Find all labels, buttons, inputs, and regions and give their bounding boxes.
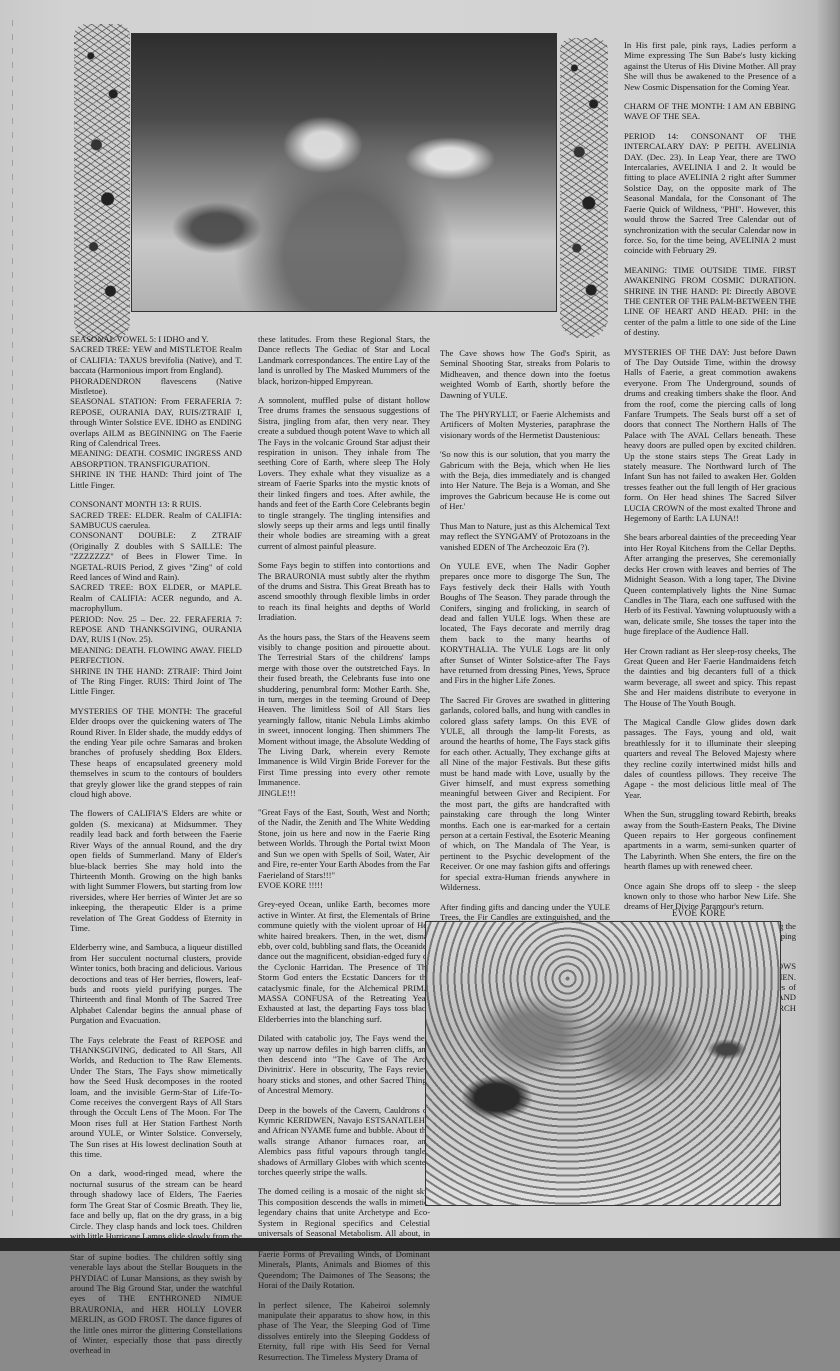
paragraph: A somnolent, muffled pulse of distant ho… [258, 395, 430, 551]
paragraph: Deep in the bowels of the Cavern, Cauldr… [258, 1105, 430, 1178]
paragraph: The Sacred Fir Groves are swathed in gli… [440, 695, 610, 893]
period-14: PERIOD 14: CONSONANT OF THE INTERCALARY … [624, 131, 796, 256]
meaning-flowing: MEANING: DEATH. FLOWING AWAY. FIELD PERF… [70, 645, 242, 666]
seasonal-vowel-line: SEASONAL VOWEL 5: I IDHO and Y. [70, 334, 242, 344]
paragraph: The Fays celebrate the Feast of REPOSE a… [70, 1035, 242, 1160]
sacred-tree-yew: SACRED TREE: YEW and MISTLETOE Realm of … [70, 344, 242, 375]
paragraph: Thus Man to Nature, just as this Alchemi… [440, 521, 610, 552]
paragraph: The The PHYRYLLT, or Faerie Alchemists a… [440, 409, 610, 440]
column-4: In His first pale, pink rays, Ladies per… [624, 40, 796, 1033]
bottom-photo [425, 921, 781, 1206]
sacred-tree-box-elder: SACRED TREE: BOX ELDER, or MAPLE. Realm … [70, 582, 242, 613]
meaning-death: MEANING: DEATH. COSMIC INGRESS AND ABSOR… [70, 448, 242, 469]
top-photo [131, 33, 557, 312]
shrine-in-hand-1: SHRINE IN THE HAND: Third joint of The L… [70, 469, 242, 490]
paragraph: these latitudes. From these Regional Sta… [258, 334, 430, 386]
paragraph: Dilated with catabolic joy, The Fays wen… [258, 1033, 430, 1095]
charm-of-month: CHARM OF THE MONTH: I AM AN EBBING WAVE … [624, 101, 796, 122]
alchemical-quote: 'So now this is our solution, that you m… [440, 449, 610, 511]
mysteries-of-month: MYSTERIES OF THE MONTH: The graceful Eld… [70, 706, 242, 800]
left-floral-border-ornament [74, 24, 130, 342]
seasonal-station: SEASONAL STATION: From FERAFERIA 7: REPO… [70, 396, 242, 448]
paragraph: In His first pale, pink rays, Ladies per… [624, 40, 796, 92]
paragraph: On YULE EVE, when The Nadir Gopher prepa… [440, 561, 610, 686]
paragraph: The flowers of CALIFIA'S Elders are whit… [70, 808, 242, 933]
magazine-page: SEASONAL VOWEL 5: I IDHO and Y. SACRED T… [0, 0, 838, 1240]
meaning-time-outside-time: MEANING: TIME OUTSIDE TIME. FIRST AWAKEN… [624, 265, 796, 338]
paragraph: When the Sun, struggling toward Rebirth,… [624, 809, 796, 871]
jingle-exclamation: JINGLE!!! [258, 788, 430, 798]
paragraph: Some Fays begin to stiffen into contorti… [258, 560, 430, 622]
phoradendron-line: PHORADENDRON flavescens (Native Mistleto… [70, 376, 242, 397]
paragraph: Elderberry wine, and Sambuca, a liqueur … [70, 942, 242, 1025]
paragraph: Grey-eyed Ocean, unlike Earth, becomes m… [258, 899, 430, 1024]
consonant-double: CONSONANT DOUBLE: Z ZTRAIF (Originally Z… [70, 530, 242, 582]
mysteries-of-day: MYSTERIES OF THE DAY: Just before Dawn o… [624, 347, 796, 524]
fold-line [12, 20, 13, 1220]
shrine-in-hand-2: SHRINE IN THE HAND: ZTRAIF: Third Joint … [70, 666, 242, 697]
paragraph: As the hours pass, the Stars of the Heav… [258, 632, 430, 788]
column-2: these latitudes. From these Regional Sta… [258, 334, 430, 1251]
sacred-tree-elder: SACRED TREE: ELDER. Realm of CALIFIA: SA… [70, 510, 242, 531]
paragraph: She bears arboreal dainties of the prece… [624, 532, 796, 636]
invocation-quote: "Great Fays of the East, South, West and… [258, 807, 430, 880]
page-bottom-edge [0, 1238, 840, 1251]
evoe-kore-exclamation: EVOE KORE !!!!! [258, 880, 430, 890]
signature-evoe-kore: EVOE KORE [672, 908, 725, 918]
right-floral-border-ornament [560, 38, 608, 338]
period-line: PERIOD: Nov. 25 – Dec. 22. FERAFERIA 7: … [70, 614, 242, 645]
column-1: SEASONAL VOWEL 5: I IDHO and Y. SACRED T… [70, 334, 242, 1251]
paragraph: The Magical Candle Glow glides down dark… [624, 717, 796, 800]
paragraph: Her Crown radiant as Her sleep-rosy chee… [624, 646, 796, 708]
consonant-month: CONSONANT MONTH 13: R RUIS. [70, 499, 242, 509]
paragraph: The Cave shows how The God's Spirit, as … [440, 348, 610, 400]
